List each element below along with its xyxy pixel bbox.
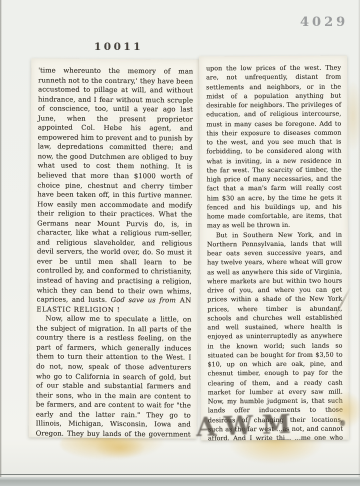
left-paragraph-2: Now, allow me to speculate a little, on … [35,315,191,439]
clipping-left-text-block: 'time whereunto the memory of man runnet… [29,58,200,438]
stamp-catalog-number: 10011 [94,41,143,53]
newspaper-clipping-right-column: upon the low prices of the west. They ar… [199,56,349,441]
ink-smudge-dot [340,420,345,426]
left-paragraph-1-italic: God save us from [111,296,176,304]
scan-edge-bottom [0,477,360,486]
scan-edge-line [0,474,360,475]
newspaper-clipping-left-column: 'time whereunto the memory of man runnet… [29,58,200,438]
right-paragraph-2: But in Southern New York, and in Norther… [207,230,343,440]
left-paragraph-1-main: 'time whereunto the memory of man runnet… [37,66,194,304]
left-paragraph-1: 'time whereunto the memory of man runnet… [37,66,194,315]
clipping-right-text-block: upon the low prices of the west. They ar… [199,56,349,441]
page-left-edge [0,0,2,477]
right-paragraph-1: upon the low prices of the west. They ar… [206,64,342,231]
bleed-through-letters: AWM [195,409,316,447]
glue-stain-bottom-left-dark [96,438,144,458]
scanned-page: 4029 10011 'time whereunto the memory of… [0,0,360,477]
stamp-page-number: 4029 [300,15,348,30]
